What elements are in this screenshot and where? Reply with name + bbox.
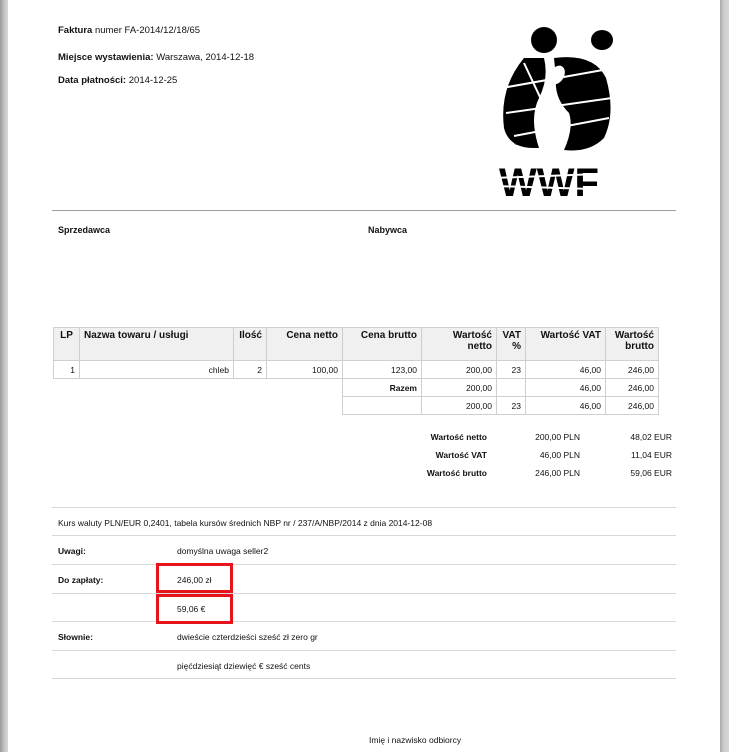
summary-gross-label: Wartość brutto [390, 468, 487, 478]
words-eur-row: pięćdziesiąt dziewięć € sześć cents [52, 650, 676, 679]
cell-lp: 1 [54, 361, 80, 379]
vat-breakdown-row: 200,00 23 46,00 246,00 [54, 397, 659, 415]
total-label: Razem [343, 379, 422, 397]
cell-gross-value: 246,00 [606, 361, 659, 379]
svg-text:WWF: WWF [499, 161, 599, 203]
table-row: 1 chleb 2 100,00 123,00 200,00 23 46,00 … [54, 361, 659, 379]
words-row: Słownie: dwieście czterdzieści sześć zł … [52, 621, 676, 650]
wwf-panda-logo: © WWF [494, 18, 624, 203]
items-table: LP Nazwa towaru / usługi Ilość Cena nett… [53, 327, 659, 415]
scrollbar-right[interactable] [720, 0, 729, 752]
col-qty: Ilość [234, 328, 267, 361]
cell-gross-price: 123,00 [343, 361, 422, 379]
col-net-price: Cena netto [267, 328, 343, 361]
table-header-row: LP Nazwa towaru / usługi Ilość Cena nett… [54, 328, 659, 361]
summary-vat-eur: 11,04 EUR [590, 450, 672, 460]
summary-vat-label: Wartość VAT [390, 450, 487, 460]
cell-vat-rate: 23 [497, 361, 526, 379]
total-vat: 46,00 [526, 379, 606, 397]
issue-place-value: Warszawa, 2014-12-18 [156, 52, 254, 63]
buyer-heading: Nabywca [368, 225, 407, 235]
col-vat-value: Wartość VAT [526, 328, 606, 361]
notes-bottom-divider [52, 678, 676, 679]
exchange-rate-note: Kurs waluty PLN/EUR 0,2401, tabela kursó… [58, 518, 432, 528]
col-gross-price: Cena brutto [343, 328, 422, 361]
col-net-value: Wartość netto [422, 328, 497, 361]
remarks-row: Uwagi: domyślna uwaga seller2 [52, 535, 676, 564]
summary-gross-pln: 246,00 PLN [490, 468, 580, 478]
cell-net-price: 100,00 [267, 361, 343, 379]
summary-net-eur: 48,02 EUR [590, 432, 672, 442]
cell-qty: 2 [234, 361, 267, 379]
col-lp: LP [54, 328, 80, 361]
recipient-signature-label: Imię i nazwisko odbiorcy [369, 735, 461, 745]
to-pay-label: Do zapłaty: [58, 575, 103, 585]
summary-gross-eur: 59,06 EUR [590, 468, 672, 478]
words-pln: dwieście czterdzieści sześć zł zero gr [177, 632, 318, 642]
cell-name: chleb [80, 361, 234, 379]
payment-date-label: Data płatności: [58, 75, 126, 86]
to-pay-eur-row: 59,06 € [52, 593, 676, 622]
svg-text:©: © [514, 139, 520, 147]
summary-net-pln: 200,00 PLN [490, 432, 580, 442]
header-divider [52, 210, 676, 211]
vat-gross: 246,00 [606, 397, 659, 415]
words-label: Słownie: [58, 632, 93, 642]
highlight-box-eur [156, 594, 233, 624]
total-vat-rate [497, 379, 526, 397]
remarks-label: Uwagi: [58, 546, 86, 556]
issue-place-label: Miejsce wystawienia: [58, 52, 154, 63]
highlight-box-pln [156, 563, 233, 593]
invoice-number-value: numer FA-2014/12/18/65 [95, 25, 200, 36]
summary-vat-pln: 46,00 PLN [490, 450, 580, 460]
remarks-value: domyślna uwaga seller2 [177, 546, 268, 556]
invoice-number-label: Faktura [58, 25, 92, 36]
payment-date-value: 2014-12-25 [129, 75, 178, 86]
vat-rate: 23 [497, 397, 526, 415]
words-eur: pięćdziesiąt dziewięć € sześć cents [177, 661, 310, 671]
invoice-number: Faktura numer FA-2014/12/18/65 [58, 25, 200, 36]
vat-net: 200,00 [422, 397, 497, 415]
summary-net-label: Wartość netto [390, 432, 487, 442]
seller-heading: Sprzedawca [58, 225, 110, 235]
total-row: Razem 200,00 46,00 246,00 [54, 379, 659, 397]
to-pay-row: Do zapłaty: 246,00 zł [52, 564, 676, 593]
col-name: Nazwa towaru / usługi [80, 328, 234, 361]
col-gross-value: Wartość brutto [606, 328, 659, 361]
vat-value: 46,00 [526, 397, 606, 415]
cell-vat-value: 46,00 [526, 361, 606, 379]
page-edge-left [0, 0, 8, 752]
col-vat-rate: VAT % [497, 328, 526, 361]
exchange-rate-row: Kurs waluty PLN/EUR 0,2401, tabela kursó… [52, 507, 676, 536]
cell-net-value: 200,00 [422, 361, 497, 379]
total-gross: 246,00 [606, 379, 659, 397]
total-net: 200,00 [422, 379, 497, 397]
payment-date: Data płatności: 2014-12-25 [58, 75, 177, 86]
issue-place: Miejsce wystawienia: Warszawa, 2014-12-1… [58, 52, 254, 63]
